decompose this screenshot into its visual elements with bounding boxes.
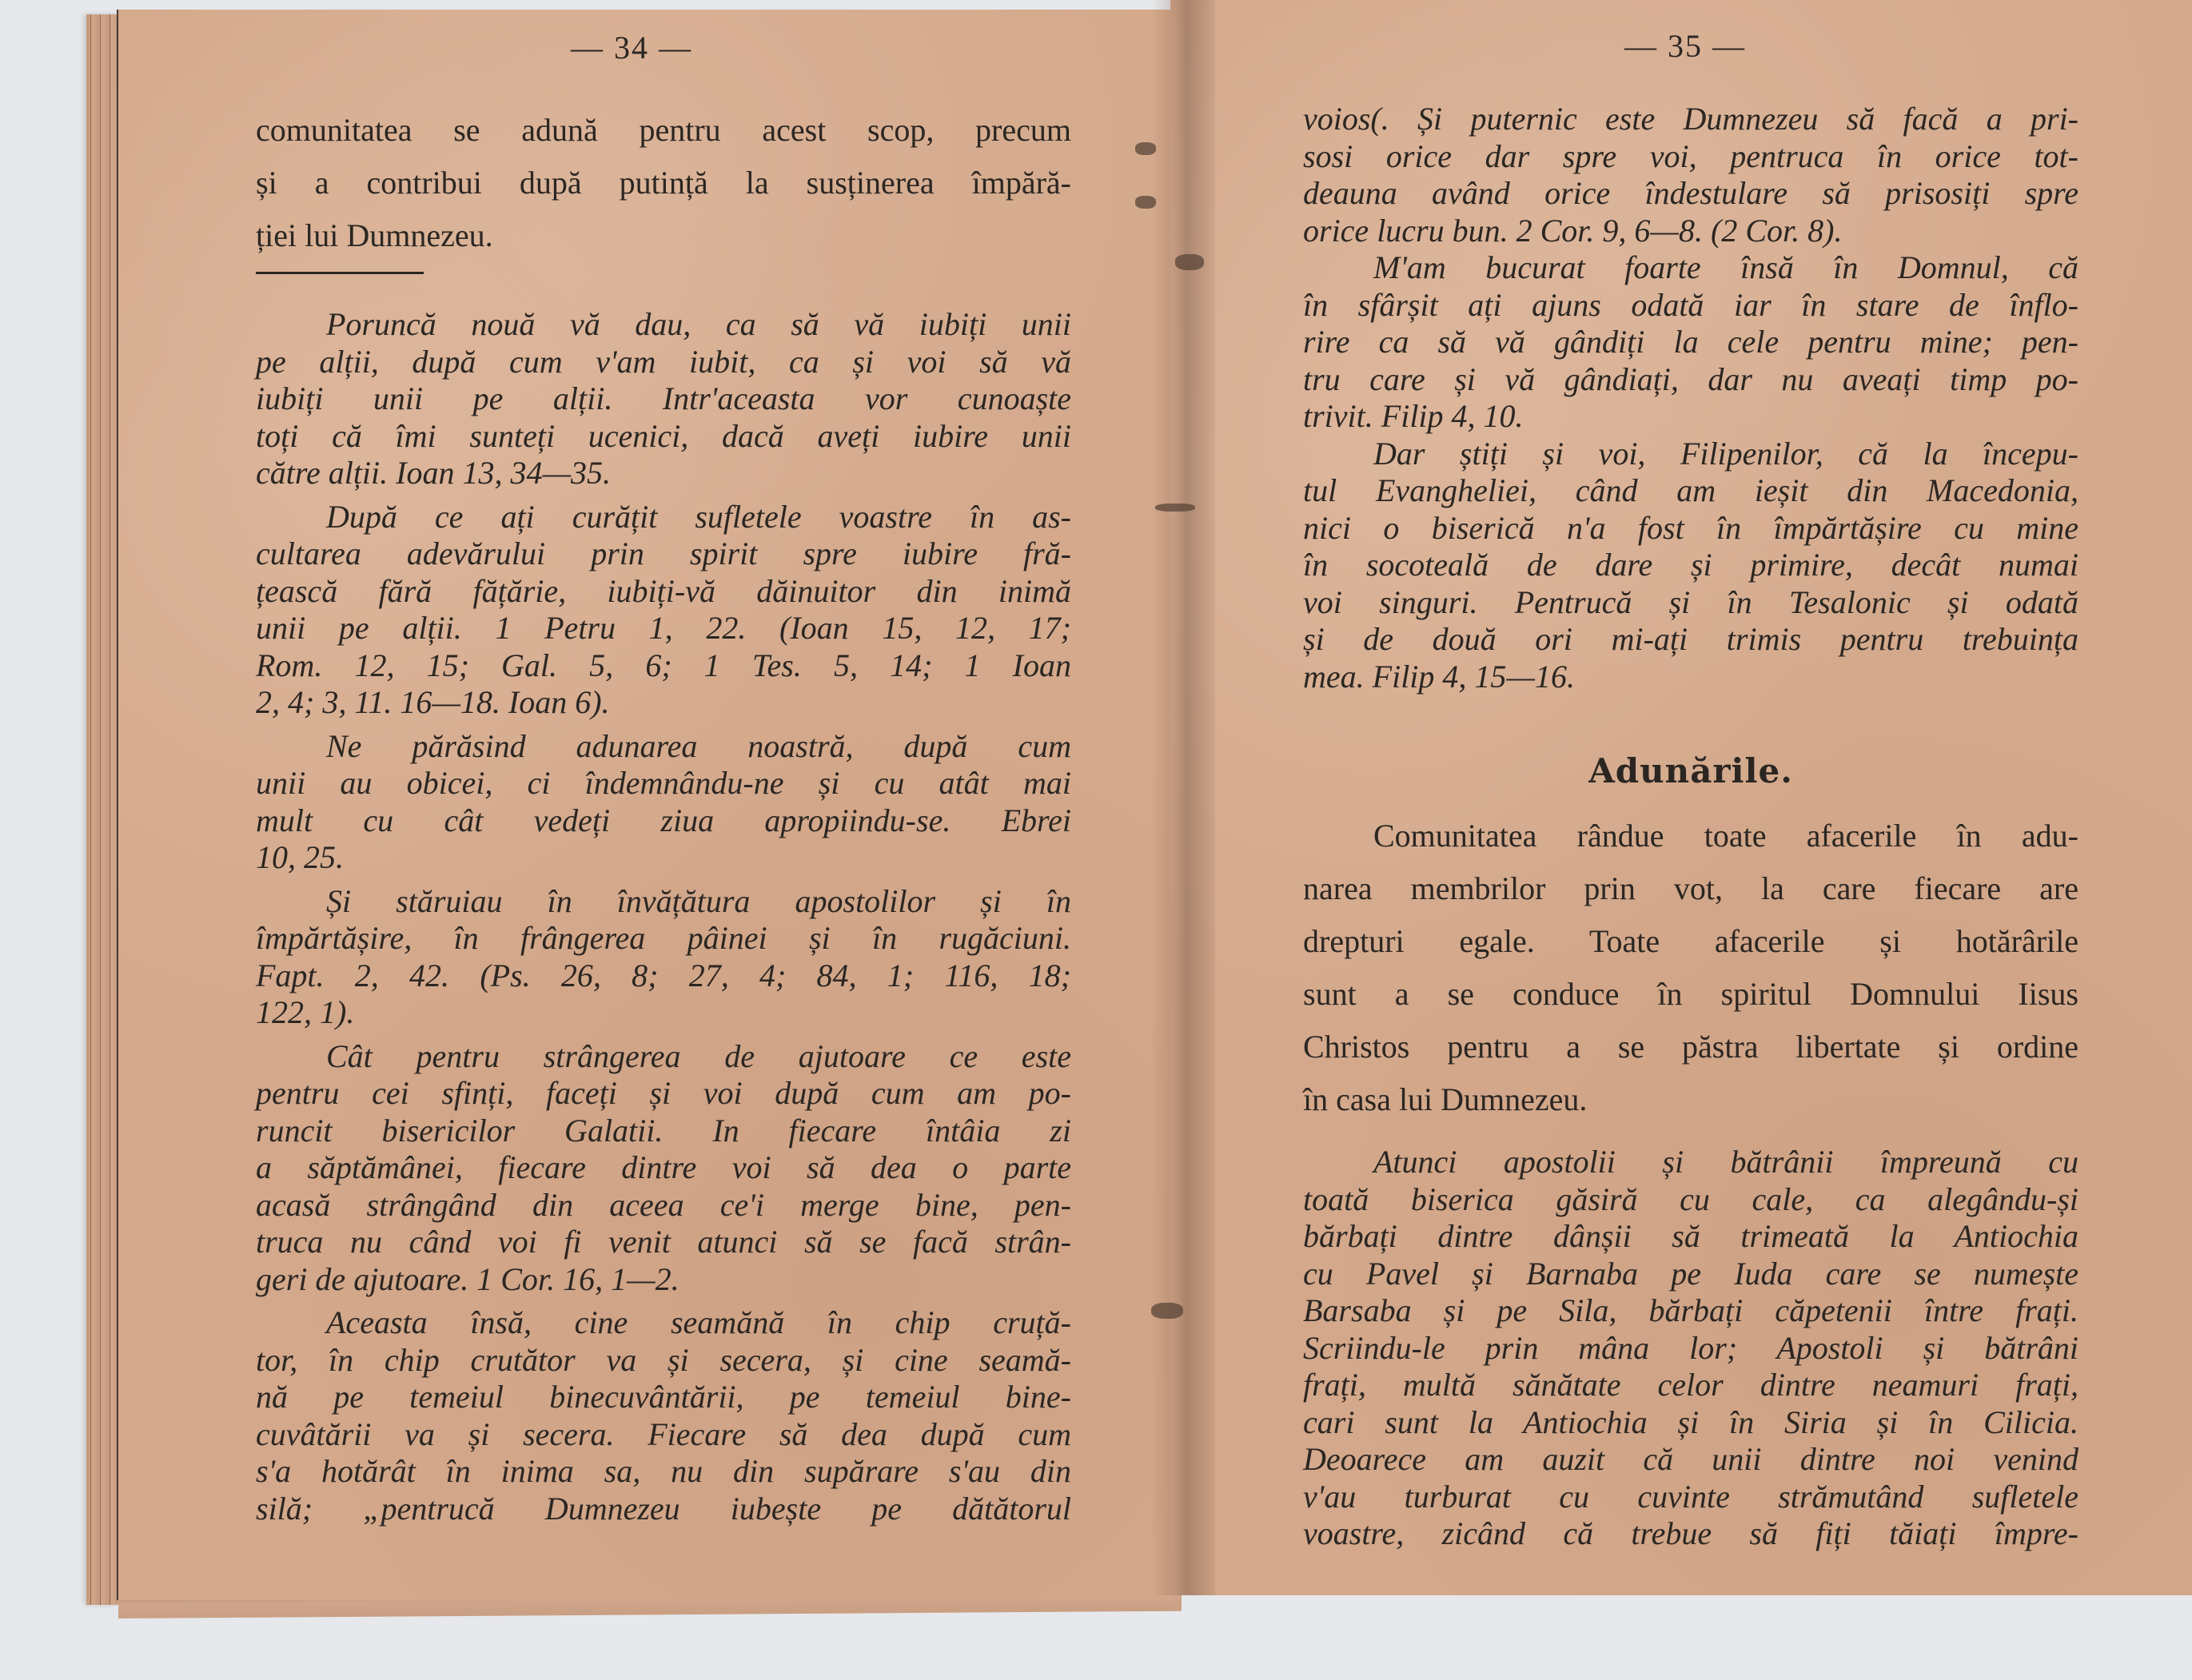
text-line: în casa lui Dumnezeu. (1303, 1073, 2078, 1126)
page-number-right: — 35 — (1565, 27, 1805, 65)
binding-hole (1175, 254, 1204, 270)
text-line: și de două ori mi-ați trimis pentru treb… (1303, 621, 2078, 659)
text-line: rire ca să vă gândiți la cele pentru min… (1303, 324, 2078, 361)
text-line: truca nu când voi fi venit atunci să se … (256, 1224, 1071, 1261)
text-line: Fapt. 2, 42. (Ps. 26, 8; 27, 4; 84, 1; 1… (256, 957, 1071, 995)
text-line: cuvâtării va și secera. Fiecare să dea d… (256, 1416, 1071, 1454)
text-line: Barsaba și pe Sila, bărbați căpetenii în… (1303, 1292, 2078, 1330)
section-body: Comunitatea rândue toate afacerile în ad… (1303, 810, 2078, 1126)
text-line: voios(. Și puternic este Dumnezeu să fac… (1303, 101, 2078, 138)
text-line: ției lui Dumnezeu. (256, 209, 1071, 262)
text-line: unii au obicei, ci îndemnându-ne și cu a… (256, 765, 1071, 802)
text-line: 2, 4; 3, 11. 16—18. Ioan 6). (256, 684, 1071, 722)
text-line: runcit bisericilor Galatii. In fiecare î… (256, 1113, 1071, 1150)
text-line: Comunitatea rândue toate afacerile în ad… (1303, 810, 2078, 862)
text-line: iubiți unii pe alții. Intr'aceasta vor c… (256, 380, 1071, 418)
text-line: nici o biserică n'a fost în împărtășire … (1303, 510, 2078, 547)
quote-paragraph: Aceasta însă, cine seamănă în chip cruță… (256, 1304, 1071, 1527)
text-line: După ce ați curățit sufletele voastre în… (256, 499, 1071, 536)
scripture-quotes: Poruncă nouă vă dau, ca să vă iubiți uni… (256, 306, 1071, 1527)
text-line: Deoarece am auzit că unii dintre noi ven… (1303, 1441, 2078, 1479)
scripture-quotes: voios(. Și puternic este Dumnezeu să fac… (1303, 101, 2078, 695)
right-page-text: voios(. Și puternic este Dumnezeu să fac… (1303, 101, 2078, 1553)
scripture-quotes: Atunci apostolii și bătrânii împreună cu… (1303, 1144, 2078, 1553)
text-line: acasă strângând din aceea ce'i merge bin… (256, 1187, 1071, 1224)
text-line: 10, 25. (256, 839, 1071, 877)
binding-hole (1135, 196, 1156, 209)
text-line: orice lucru bun. 2 Cor. 9, 6—8. (2 Cor. … (1303, 213, 2078, 250)
text-line: toți că îmi sunteți ucenici, dacă aveți … (256, 418, 1071, 456)
text-line: nă pe temeiul binecuvântării, pe temeiul… (256, 1379, 1071, 1416)
text-line: comunitatea se adună pentru acest scop, … (256, 104, 1071, 157)
text-line: în socoteală de dare și primire, decât n… (1303, 547, 2078, 584)
text-line: unii pe alții. 1 Petru 1, 22. (Ioan 15, … (256, 610, 1071, 647)
quote-paragraph: După ce ați curățit sufletele voastre în… (256, 499, 1071, 722)
text-line: toată biserica găsiră cu cale, ca alegân… (1303, 1181, 2078, 1219)
text-line: pentru cei sfinți, faceți și voi după cu… (256, 1075, 1071, 1113)
text-line: bărbați dintre dânșii să trimeată la Ant… (1303, 1218, 2078, 1256)
binding-hole (1155, 504, 1195, 512)
text-line: geri de ajutoare. 1 Cor. 16, 1—2. (256, 1261, 1071, 1299)
text-line: silă; „pentrucă Dumnezeu iubește pe dătă… (256, 1491, 1071, 1528)
text-line: în sfârșit ați ajuns odată iar în stare … (1303, 287, 2078, 324)
page-edges-stack (86, 14, 118, 1605)
text-line: Și stăruiau în învățătura apostolilor și… (256, 883, 1071, 921)
text-line: M'am bucurat foarte însă în Domnul, că (1303, 249, 2078, 287)
quote-paragraph: Poruncă nouă vă dau, ca să vă iubiți uni… (256, 306, 1071, 492)
text-line: Rom. 12, 15; Gal. 5, 6; 1 Tes. 5, 14; 1 … (256, 647, 1071, 685)
left-page-text: comunitatea se adună pentru acest scop, … (256, 104, 1071, 1527)
text-line: drepturi egale. Toate afacerile și hotăr… (1303, 915, 2078, 968)
text-line: mea. Filip 4, 15—16. (1303, 659, 2078, 696)
text-line: a săptămânei, fiecare dintre voi să dea … (256, 1149, 1071, 1187)
text-line: Poruncă nouă vă dau, ca să vă iubiți uni… (256, 306, 1071, 344)
binding-hole (1135, 142, 1156, 155)
text-line: Aceasta însă, cine seamănă în chip cruță… (256, 1304, 1071, 1342)
page-number-left: — 34 — (512, 29, 751, 66)
text-line: cari sunt la Antiochia și în Siria și în… (1303, 1404, 2078, 1442)
text-line: mult cu cât vedeți ziua apropiindu-se. E… (256, 802, 1071, 840)
quote-paragraph-continued: voios(. Și puternic este Dumnezeu să fac… (1303, 101, 2078, 249)
text-line: narea membrilor prin vot, la care fiecar… (1303, 862, 2078, 915)
text-line: țească fără fățărie, iubiți-vă dăinuitor… (256, 573, 1071, 611)
quote-paragraph: Dar știți și voi, Filipenilor, că la înc… (1303, 436, 2078, 696)
quote-paragraph: Și stăruiau în învățătura apostolilor și… (256, 883, 1071, 1032)
text-line: s'a hotărât în inima sa, nu din supărare… (256, 1453, 1071, 1491)
text-line: Ne părăsind adunarea noastră, după cum (256, 728, 1071, 766)
text-line: Cât pentru strângerea de ajutoare ce est… (256, 1038, 1071, 1076)
text-line: Atunci apostolii și bătrânii împreună cu (1303, 1144, 2078, 1181)
text-line: pe alții, după cum v'am iubit, ca și voi… (256, 344, 1071, 381)
text-line: cultarea adevărului prin spirit spre iub… (256, 535, 1071, 573)
section-divider (256, 272, 424, 274)
text-line: voi singuri. Pentrucă și în Tesalonic și… (1303, 584, 2078, 622)
text-line: și a contribui după putință la susținere… (256, 157, 1071, 209)
quote-paragraph: Ne părăsind adunarea noastră, după cum u… (256, 728, 1071, 877)
book-gutter (1151, 0, 1215, 1595)
text-line: cu Pavel și Barnaba pe Iuda care se nume… (1303, 1256, 2078, 1293)
text-line: v'au turburat cu cuvinte strămutând sufl… (1303, 1479, 2078, 1516)
binding-hole (1151, 1303, 1183, 1319)
text-line: împărtășire, în frângerea pâinei și în r… (256, 920, 1071, 957)
text-line: Scriindu-le prin mâna lor; Apostoli și b… (1303, 1330, 2078, 1367)
text-line: către alții. Ioan 13, 34—35. (256, 455, 1071, 492)
text-line: deauna având orice îndestulare să prisos… (1303, 175, 2078, 213)
text-line: 122, 1). (256, 994, 1071, 1032)
text-line: voastre, zicând că trebue să fiți tăiați… (1303, 1515, 2078, 1553)
quote-paragraph: M'am bucurat foarte însă în Domnul, că î… (1303, 249, 2078, 436)
text-line: trivit. Filip 4, 10. (1303, 398, 2078, 436)
text-line: tul Evangheliei, când am ieșit din Maced… (1303, 472, 2078, 510)
quote-paragraph: Atunci apostolii și bătrânii împreună cu… (1303, 1144, 2078, 1553)
text-line: tor, în chip crutător va și secera, și c… (256, 1342, 1071, 1379)
text-line: Christos pentru a se păstra libertate și… (1303, 1021, 2078, 1073)
quote-paragraph: Cât pentru strângerea de ajutoare ce est… (256, 1038, 1071, 1299)
opening-paragraph: comunitatea se adună pentru acest scop, … (256, 104, 1071, 262)
text-line: tru care și vă gândiați, dar nu aveați t… (1303, 361, 2078, 399)
text-line: Dar știți și voi, Filipenilor, că la înc… (1303, 436, 2078, 473)
text-line: sosi orice dar spre voi, pentruca în ori… (1303, 138, 2078, 176)
text-line: sunt a se conduce în spiritul Domnului I… (1303, 968, 2078, 1021)
text-line: frați, multă sănătate celor dintre neamu… (1303, 1367, 2078, 1404)
section-heading: Adunările. (1303, 751, 2078, 790)
